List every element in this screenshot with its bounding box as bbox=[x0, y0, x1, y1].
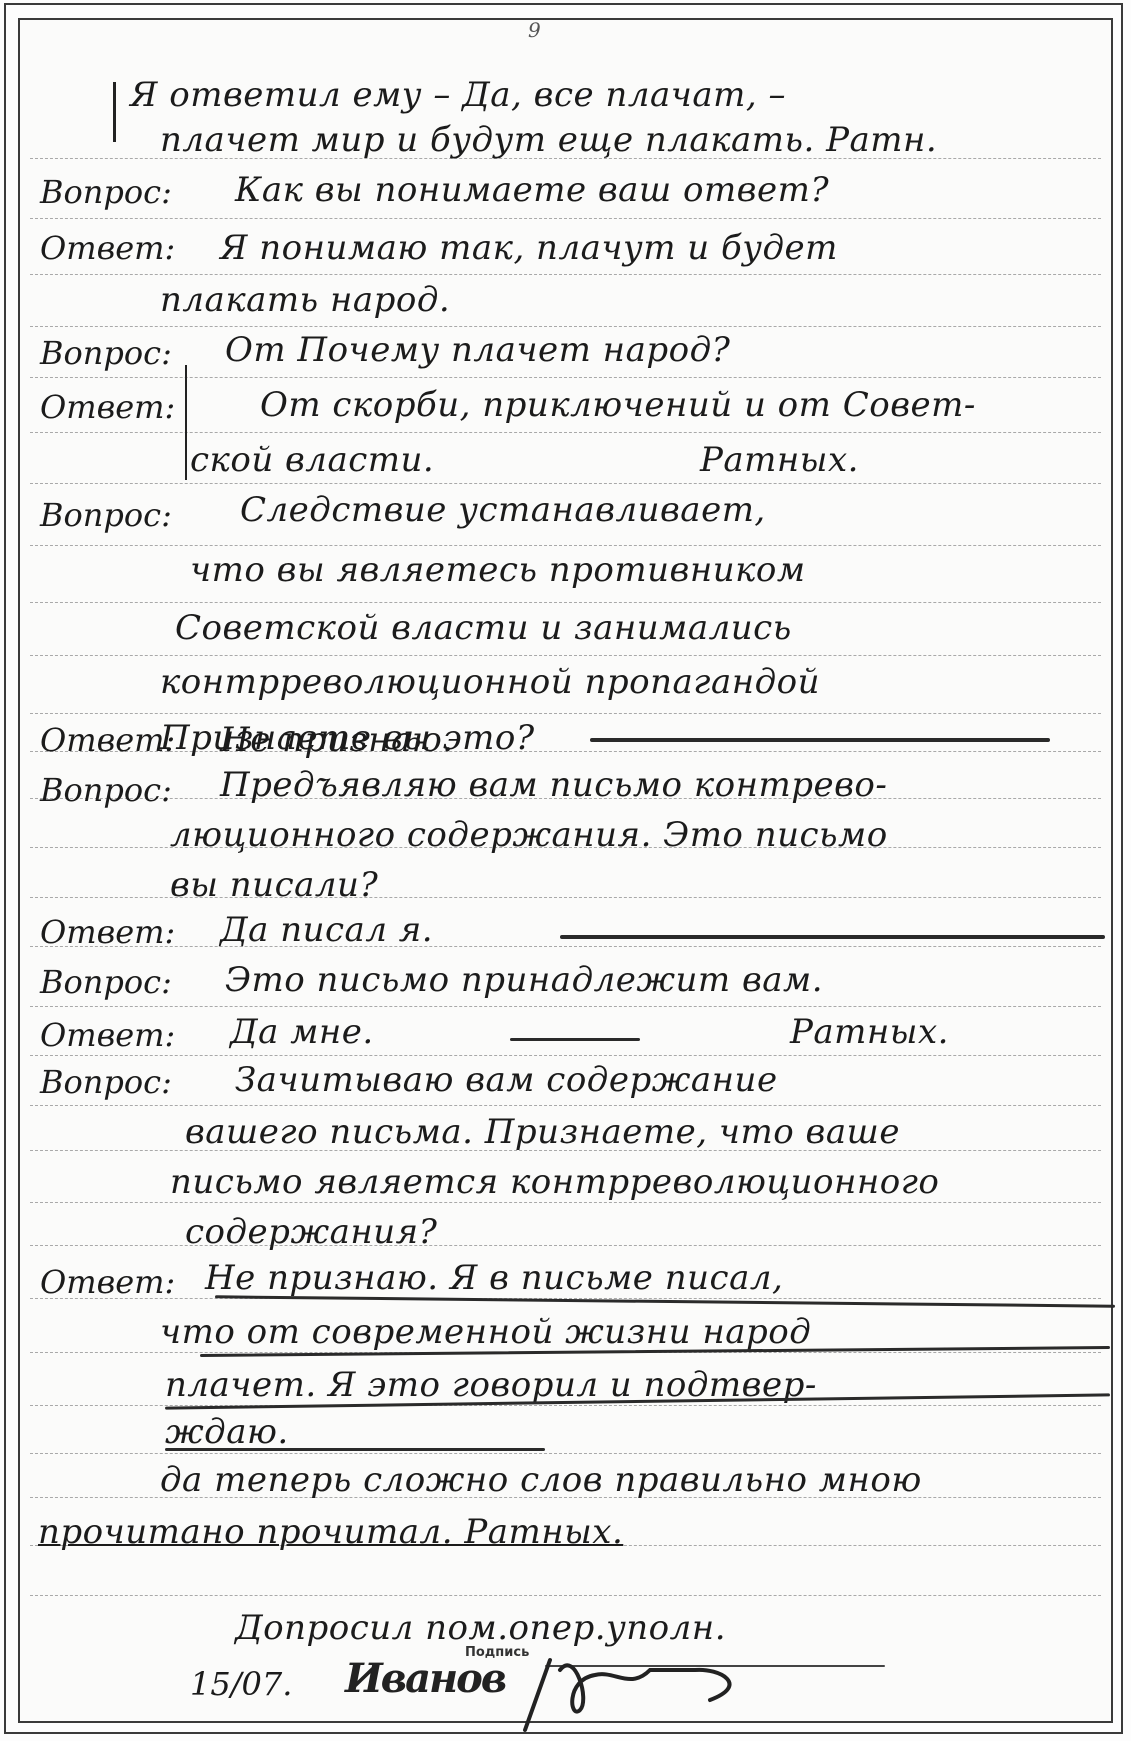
answer-label: Ответ: bbox=[40, 1015, 175, 1055]
text-line: Это письмо принадлежит вам. bbox=[225, 960, 823, 1000]
signature-initials: Ратных. bbox=[700, 440, 859, 480]
text-line: Я понимаю так, плачут и будет bbox=[220, 228, 838, 268]
fill-line bbox=[510, 1038, 640, 1041]
question-label: Вопрос: bbox=[40, 333, 172, 373]
fill-line bbox=[560, 935, 1105, 939]
text-line: ждаю. bbox=[165, 1412, 289, 1452]
text-line: да теперь сложно слов правильно мною bbox=[160, 1460, 922, 1500]
interrogator-name: Иванов bbox=[345, 1655, 505, 1702]
text-line: Следствие устанавливает, bbox=[240, 490, 766, 530]
signature-initials: Ратных. bbox=[790, 1012, 949, 1052]
text-line: Да мне. bbox=[230, 1012, 374, 1052]
strike-line bbox=[165, 1448, 545, 1451]
text-line: ской власти. bbox=[190, 440, 434, 480]
question-label: Вопрос: bbox=[40, 770, 172, 810]
fill-line bbox=[590, 738, 1050, 742]
answer-label: Ответ: bbox=[40, 720, 175, 760]
text-line: От скорби, приключений и от Совет- bbox=[260, 385, 976, 425]
margin-mark bbox=[185, 365, 187, 480]
question-label: Вопрос: bbox=[40, 495, 172, 535]
text-line: люционного содержания. Это письмо bbox=[170, 815, 888, 855]
text-line: Предъявляю вам письмо контрево- bbox=[220, 765, 887, 805]
answer-label: Ответ: bbox=[40, 228, 175, 268]
text-line: что вы являетесь противником bbox=[190, 550, 806, 590]
text-line: прочитано прочитал. Ратных. bbox=[38, 1512, 623, 1552]
text-line: Советской власти и занимались bbox=[175, 608, 792, 648]
question-label: Вопрос: bbox=[40, 172, 172, 212]
text-line: Не признаю. Я в письме писал, bbox=[205, 1258, 783, 1298]
text-line: что от современной жизни народ bbox=[160, 1312, 811, 1352]
text-line: Я ответил ему – Да, все плачат, – bbox=[130, 75, 786, 115]
text-line: контрреволюционной пропагандой bbox=[160, 662, 820, 702]
text-line: От Почему плачет народ? bbox=[225, 330, 730, 370]
signature-scribble bbox=[520, 1640, 780, 1740]
text-line: вы писали? bbox=[170, 865, 378, 905]
text-line: письмо является контрреволюционного bbox=[170, 1162, 939, 1202]
answer-label: Ответ: bbox=[40, 1262, 175, 1302]
answer-label: Ответ: bbox=[40, 912, 175, 952]
text-line: Не признаю. bbox=[220, 720, 454, 760]
text-line: Зачитываю вам содержание bbox=[235, 1060, 778, 1100]
margin-mark bbox=[113, 82, 116, 142]
page-number: 9 bbox=[528, 18, 541, 42]
text-line: плачет мир и будут еще плакать. Ратн. bbox=[160, 120, 937, 160]
date: 15/07. bbox=[190, 1665, 292, 1703]
text-line: плакать народ. bbox=[160, 280, 450, 320]
text-line: содержания? bbox=[185, 1212, 437, 1252]
text-line: Да писал я. bbox=[220, 910, 433, 950]
question-label: Вопрос: bbox=[40, 962, 172, 1002]
text-line: Как вы понимаете ваш ответ? bbox=[235, 170, 829, 210]
answer-label: Ответ: bbox=[40, 387, 175, 427]
question-label: Вопрос: bbox=[40, 1062, 172, 1102]
text-line: вашего письма. Признаете, что ваше bbox=[185, 1112, 900, 1152]
